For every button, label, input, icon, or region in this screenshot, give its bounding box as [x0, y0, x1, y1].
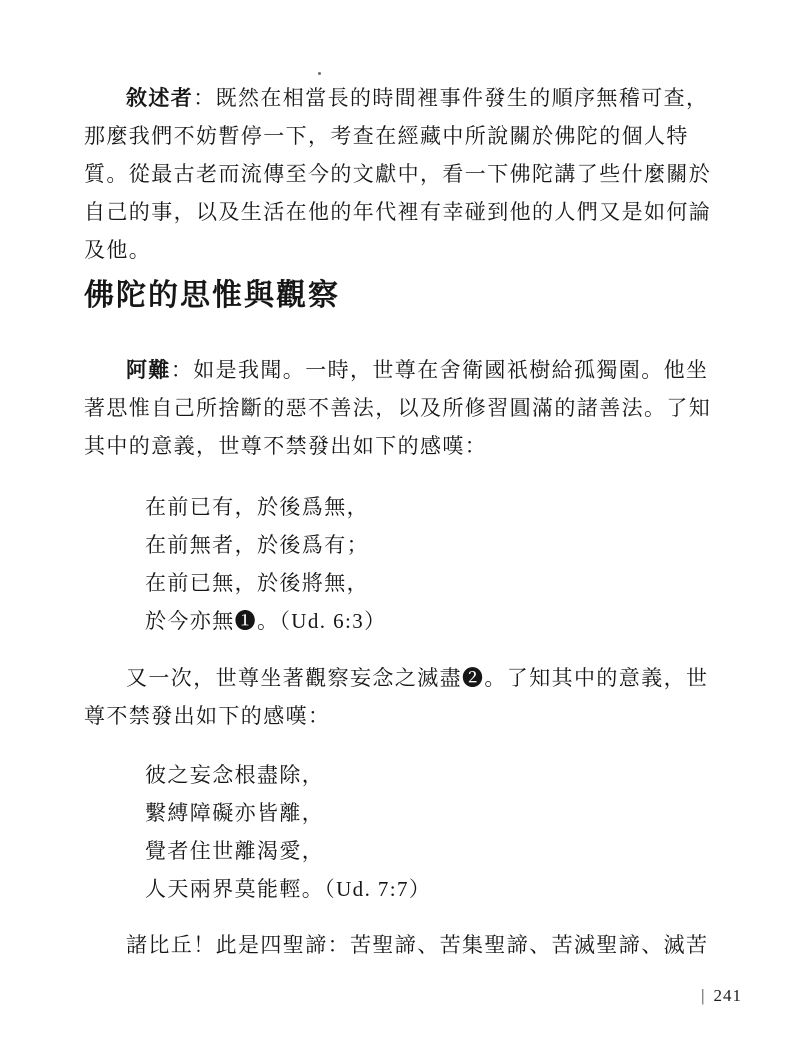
- paragraph-line: 又一次，世尊坐著觀察妄念之滅盡❷。了知其中的意義，世: [84, 659, 724, 697]
- verse-quote-ud-7-7: 彼之妄念根盡除， 繫縛障礙亦皆離， 覺者住世離渴愛， 人天兩界莫能輕。（Ud. …: [84, 756, 785, 908]
- paragraph-line: 著思惟自己所捨斷的惡不善法，以及所修習圓滿的諸善法。了知: [84, 389, 724, 427]
- verse-line: 人天兩界莫能輕。（Ud. 7:7）: [145, 870, 785, 908]
- paragraph-text: ：如是我聞。一時，世尊在舍衛國祇樹給孤獨園。他坐: [171, 358, 709, 382]
- paragraph-line: 尊不禁發出如下的感嘆：: [84, 697, 724, 735]
- book-page: 敘述者：既然在相當長的時間裡事件發生的順序無稽可查， 那麼我們不妨暫停一下，考查…: [0, 0, 792, 1056]
- verse-line: 在前已無，於後將無，: [145, 564, 785, 602]
- verse-line: 彼之妄念根盡除，: [145, 756, 785, 794]
- paragraph-line: 阿難：如是我聞。一時，世尊在舍衛國祇樹給孤獨園。他坐: [84, 351, 724, 389]
- paragraph-line: 敘述者：既然在相當長的時間裡事件發生的順序無稽可查，: [84, 79, 724, 117]
- four-noble-truths-paragraph: 諸比丘！此是四聖諦：苦聖諦、苦集聖諦、苦滅聖諦、滅苦: [84, 926, 724, 964]
- verse-line: 繫縛障礙亦皆離，: [145, 794, 785, 832]
- page-number: |241: [701, 986, 742, 1006]
- narrator-paragraph: 敘述者：既然在相當長的時間裡事件發生的順序無稽可查， 那麼我們不妨暫停一下，考查…: [84, 79, 724, 269]
- page-number-value: 241: [714, 986, 743, 1005]
- verse-quote-ud-6-3: 在前已有，於後爲無， 在前無者，於後爲有； 在前已無，於後將無， 於今亦無❶。（…: [84, 488, 785, 640]
- paragraph-text: ：既然在相當長的時間裡事件發生的順序無稽可查，: [193, 86, 708, 110]
- verse-line: 覺者住世離渴愛，: [145, 832, 785, 870]
- verse-line: 在前已有，於後爲無，: [145, 488, 785, 526]
- verse-line: 在前無者，於後爲有；: [145, 526, 785, 564]
- second-occasion-paragraph: 又一次，世尊坐著觀察妄念之滅盡❷。了知其中的意義，世 尊不禁發出如下的感嘆：: [84, 659, 724, 735]
- ananda-paragraph: 阿難：如是我聞。一時，世尊在舍衛國祇樹給孤獨園。他坐 著思惟自己所捨斷的惡不善法…: [84, 351, 724, 465]
- section-heading: 佛陀的思惟與觀察: [84, 274, 340, 318]
- page-number-separator: |: [701, 986, 705, 1005]
- paragraph-line: 那麼我們不妨暫停一下，考查在經藏中所說關於佛陀的個人特: [84, 117, 724, 155]
- paragraph-line: 質。從最古老而流傳至今的文獻中，看一下佛陀講了些什麼關於: [84, 155, 724, 193]
- paragraph-line: 自己的事，以及生活在他的年代裡有幸碰到他的人們又是如何論: [84, 193, 724, 231]
- speaker-label: 阿難: [126, 358, 171, 382]
- speaker-label: 敘述者: [126, 86, 193, 110]
- verse-line: 於今亦無❶。（Ud. 6:3）: [145, 602, 785, 640]
- paragraph-line: 其中的意義，世尊不禁發出如下的感嘆：: [84, 427, 724, 465]
- print-speck: [318, 72, 321, 75]
- paragraph-line: 諸比丘！此是四聖諦：苦聖諦、苦集聖諦、苦滅聖諦、滅苦: [84, 926, 724, 964]
- paragraph-line: 及他。: [84, 231, 724, 269]
